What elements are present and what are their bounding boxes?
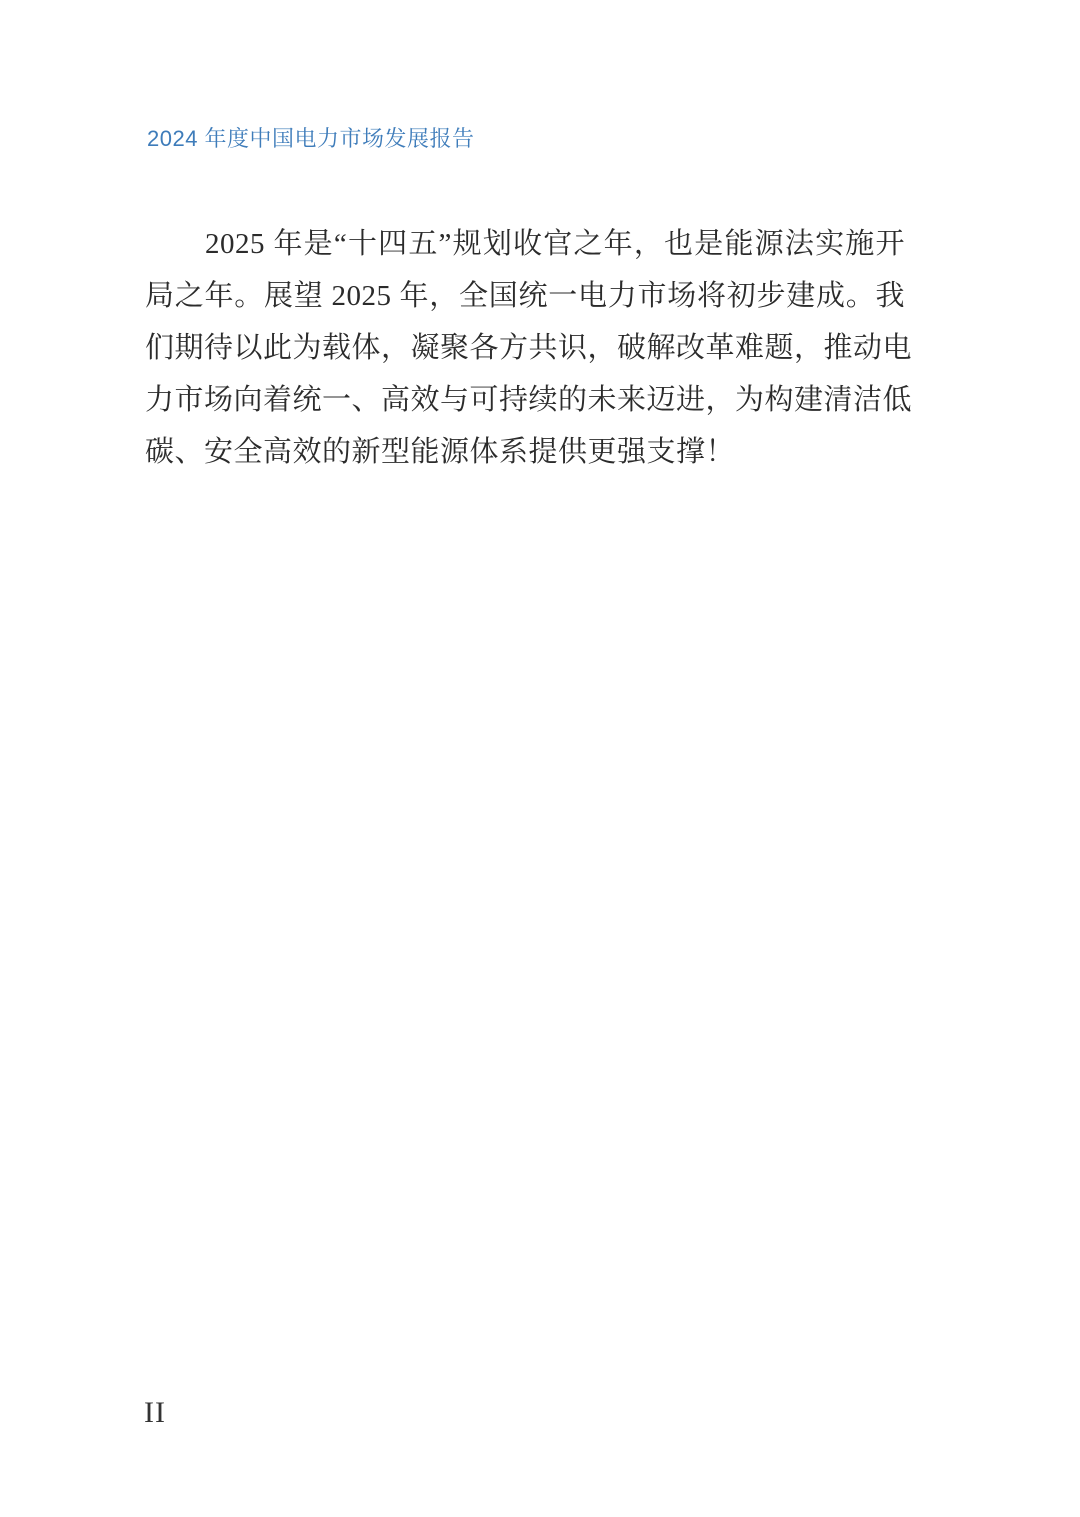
report-header-title: 2024 年度中国电力市场发展报告 xyxy=(147,126,947,152)
document-page: 2024 年度中国电力市场发展报告 2025 年是“十四五”规划收官之年，也是能… xyxy=(0,0,1080,1517)
paragraph-line: 2025 年是“十四五”规划收官之年，也是能源法实施开 xyxy=(145,218,905,270)
paragraph-line: 碳、安全高效的新型能源体系提供更强支撑！ xyxy=(145,426,905,478)
paragraph-line: 力市场向着统一、高效与可持续的未来迈进，为构建清洁低 xyxy=(145,374,905,426)
body-paragraph: 2025 年是“十四五”规划收官之年，也是能源法实施开 局之年。展望 2025 … xyxy=(145,218,905,478)
paragraph-line: 们期待以此为载体，凝聚各方共识，破解改革难题，推动电 xyxy=(145,322,905,374)
page-number: II xyxy=(144,1396,166,1430)
paragraph-line: 局之年。展望 2025 年，全国统一电力市场将初步建成。我 xyxy=(145,270,905,322)
